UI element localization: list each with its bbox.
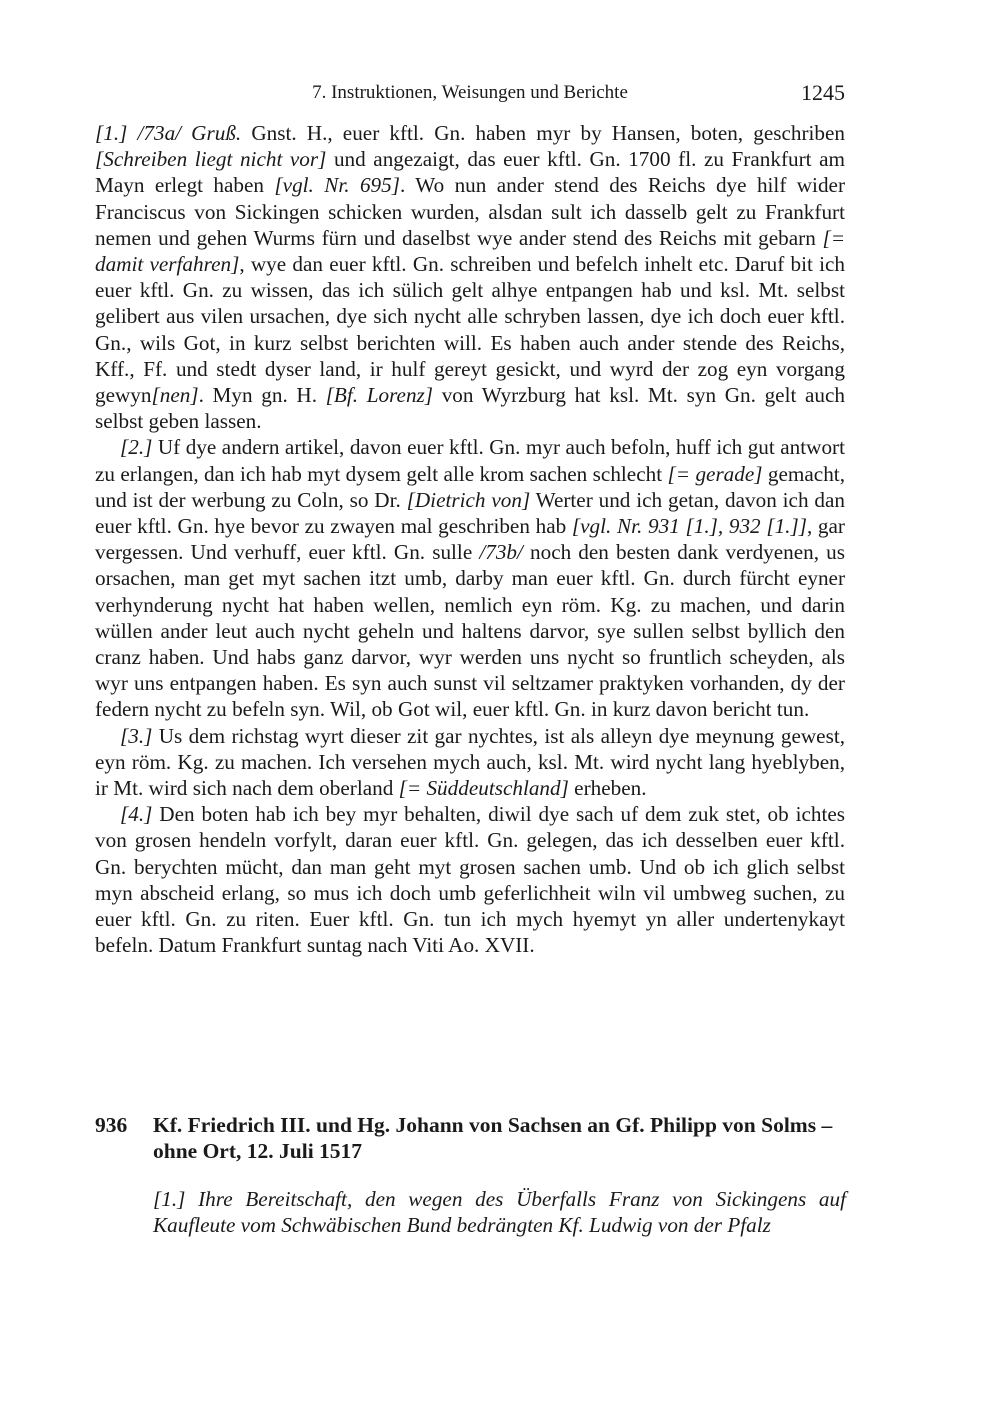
paragraph-3: [3.] Us dem richstag wyrt dieser zit gar… <box>95 723 845 802</box>
editorial-note: [4.] <box>120 802 152 826</box>
source-text: Den boten hab ich bey myr behalten, diwi… <box>95 802 845 957</box>
editorial-note: /73b/ <box>479 540 523 564</box>
paragraph-4: [4.] Den boten hab ich bey myr behalten,… <box>95 801 845 958</box>
document-heading: 936 Kf. Friedrich III. und Hg. Johann vo… <box>95 1112 850 1164</box>
editorial-note: [3.] <box>120 724 152 748</box>
editorial-note: [Bf. Lorenz] <box>326 383 433 407</box>
source-text: . Myn gn. H. <box>199 383 326 407</box>
page-header: 7. Instruktionen, Weisungen und Berichte… <box>95 80 845 108</box>
editorial-note: [vgl. Nr. 695] <box>274 173 400 197</box>
editorial-note: [nen] <box>152 383 199 407</box>
editorial-note: [Schreiben liegt nicht vor] <box>95 147 326 171</box>
paragraph-1: [1.] /73a/ Gruß. Gnst. H., euer kftl. Gn… <box>95 120 845 434</box>
letter-body: [1.] /73a/ Gruß. Gnst. H., euer kftl. Gn… <box>95 120 845 959</box>
source-text: erheben. <box>569 776 647 800</box>
editorial-note: [1.] /73a/ Gruß. <box>95 121 241 145</box>
editorial-note: [= gerade] <box>668 462 763 486</box>
editorial-note: [Dietrich von] <box>407 488 531 512</box>
page-number: 1245 <box>801 80 845 106</box>
editorial-note: [vgl. Nr. 931 [1.], 932 [1.]] <box>572 514 807 538</box>
document-title: Kf. Friedrich III. und Hg. Johann von Sa… <box>153 1112 850 1164</box>
paragraph-2: [2.] Uf dye andern artikel, davon euer k… <box>95 434 845 722</box>
editorial-note: [2.] <box>120 435 152 459</box>
running-title: 7. Instruktionen, Weisungen und Berichte <box>95 82 845 104</box>
editorial-note: [= Süddeutschland] <box>399 776 569 800</box>
source-text: noch den besten dank verdyenen, us orsac… <box>95 540 845 721</box>
source-text: Gnst. H., euer kftl. Gn. haben myr by Ha… <box>241 121 845 145</box>
document-number: 936 <box>95 1112 127 1138</box>
document-summary: [1.] Ihre Bereitschaft, den wegen des Üb… <box>153 1186 846 1238</box>
